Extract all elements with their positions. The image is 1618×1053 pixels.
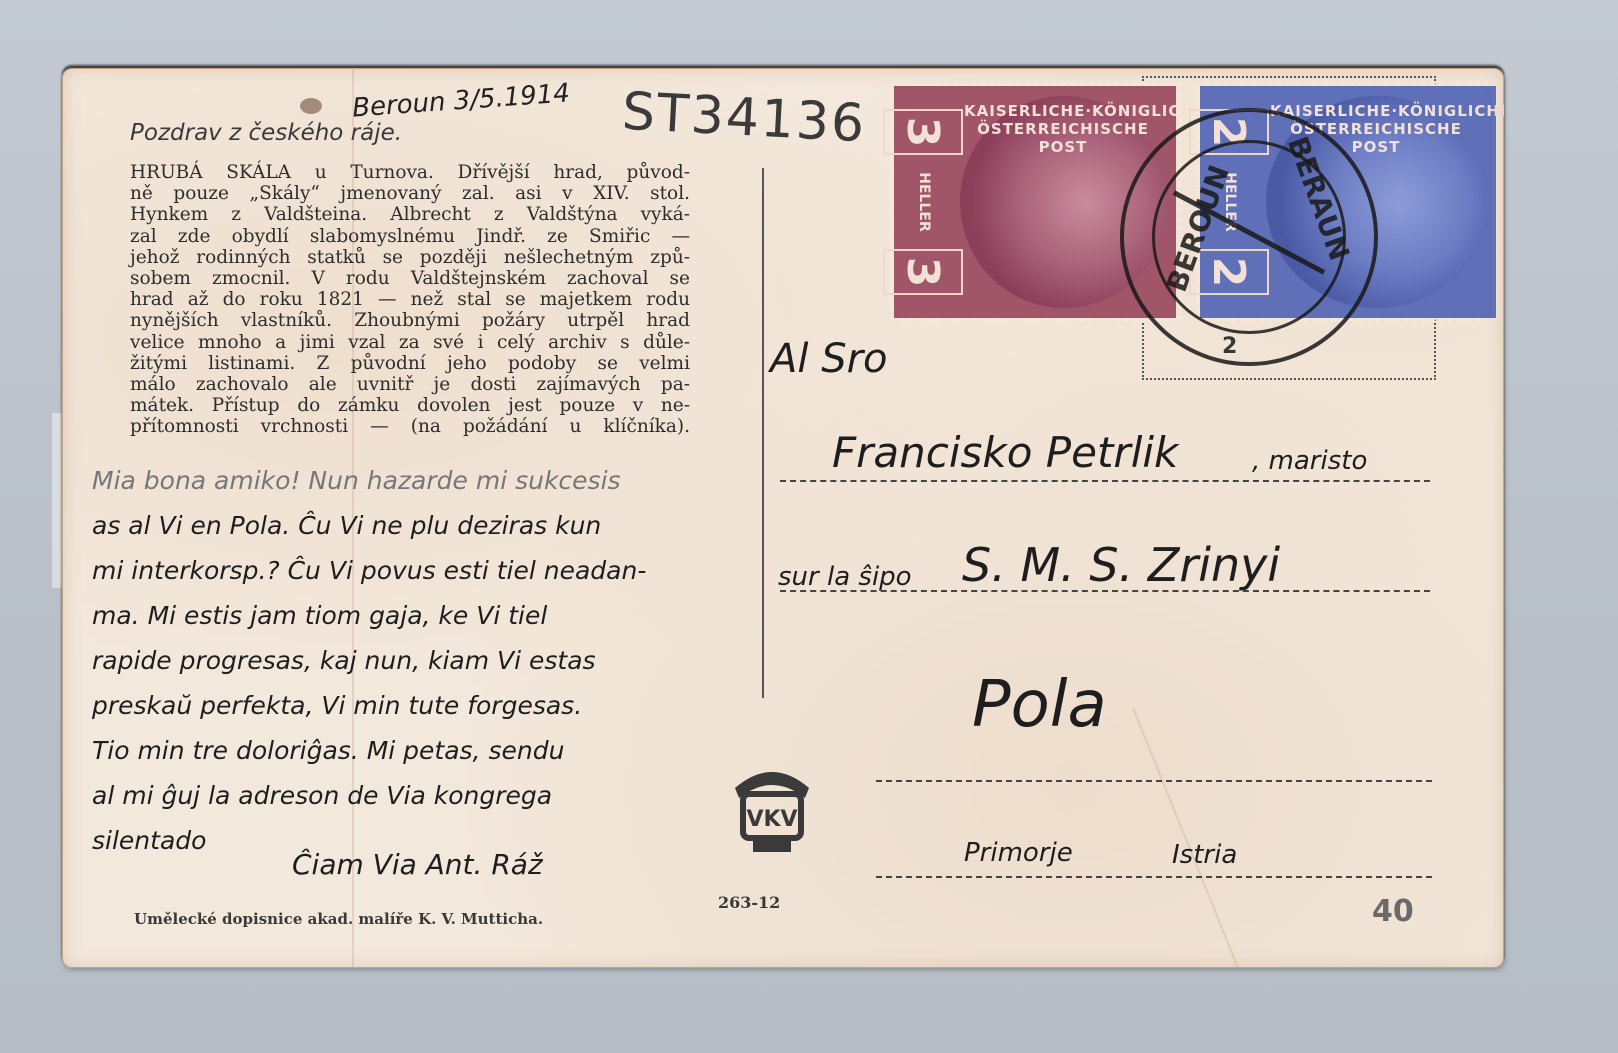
message-line: as al Vi en Pola. Ĉu Vi ne plu deziras k… [92,503,772,548]
message-line: mi interkorsp.? Ĉu Vi povus esti tiel ne… [92,548,772,593]
message-line: rapide progresas, kaj nun, kiam Vi estas [92,638,772,683]
place-date-annotation: Beroun 3/5.1914 [351,78,570,123]
price-annotation: 40 [1372,894,1414,929]
description-line: žitými listinami. Z původní jeho podoby … [130,353,690,374]
stamp-legend: KAISERLICHE·KÖNIGLICHE ÖSTERREICHISCHE P… [964,102,1162,156]
description-line: sobem zmocnil. V rodu Valdštejnském zach… [130,268,690,289]
card-title: Pozdrav z českého ráje. [130,120,402,146]
stamp-value: 3 [883,109,963,155]
description-line: jehož rodinných statků se později nešlec… [130,247,690,268]
publisher-logo: VKV [727,758,817,858]
publisher-credit: Umělecké dopisnice akad. malíře K. V. Mu… [134,910,543,928]
address-line [876,876,1432,878]
description-line: ně pouze „Skály“ jmenovaný zal. asi v XI… [130,183,690,204]
inventory-number: ST34136 [621,82,868,155]
crease [1132,708,1239,968]
description-line: mátek. Přístup do zámku dovolen jest pou… [130,395,690,416]
postcard: Beroun 3/5.1914 ST34136 Pozdrav z českéh… [62,68,1504,968]
address-line [780,590,1430,592]
stamp-unit: HELLER [904,182,944,222]
description-line: málo zachovalo ale uvnitř je dosti zajím… [130,374,690,395]
castle-description: HRUBÁ SKÁLA u Turnova. Dřívější hrad, pů… [130,162,690,438]
description-line: zal zde obydlí slabomyslnému Jindř. ze S… [130,226,690,247]
ship-prefix: sur la ŝipo [778,562,912,592]
recipient-title: , maristo [1252,446,1367,476]
handwritten-message: Mia bona amiko! Nun hazarde mi sukcesis … [92,458,772,863]
recipient-name: Francisko Petrlik [832,428,1178,477]
card-code: 263-12 [718,893,780,912]
description-line: nynějších vlastníků. Zhoubnými požáry ut… [130,310,690,331]
postmark-number: 2 [1222,334,1237,359]
stamp-value: 3 [883,249,963,295]
message-line: Tio min tre doloriĝas. Mi petas, sendu [92,728,772,773]
ship-name: S. M. S. Zrinyi [962,538,1280,592]
vkv-logo-icon: VKV [727,758,817,858]
description-line: Hynkem z Valdšteina. Albrecht z Valdštýn… [130,204,690,225]
description-line: velice mnoho a jimi vzal za své i celý a… [130,332,690,353]
message-line: al mi ĝuj la adreson de Via kongrega [92,773,772,818]
postmark: BEROUN BERAUN 2 [1120,108,1378,366]
description-line: přítomnosti vrchnosti — (na požádání u k… [130,416,690,437]
address-line [876,780,1432,782]
description-line: HRUBÁ SKÁLA u Turnova. Dřívější hrad, pů… [130,162,690,183]
address-line [780,480,1430,482]
svg-text:VKV: VKV [746,807,797,832]
address-salutation: Al Sro [770,336,888,382]
message-line: preskaŭ perfekta, Vi min tute forgesas. [92,683,772,728]
message-line: ma. Mi estis jam tiom gaja, ke Vi tiel [92,593,772,638]
signature: Ĉiam Via Ant. Ráž [292,848,543,881]
stain [300,98,322,114]
city: Pola [972,668,1107,742]
description-line: hrad až do roku 1821 — než stal se majet… [130,289,690,310]
province: Istria [1172,840,1237,870]
region: Primorje [964,838,1073,868]
address-divider [762,168,764,698]
message-line: Mia bona amiko! Nun hazarde mi sukcesis [92,458,772,503]
